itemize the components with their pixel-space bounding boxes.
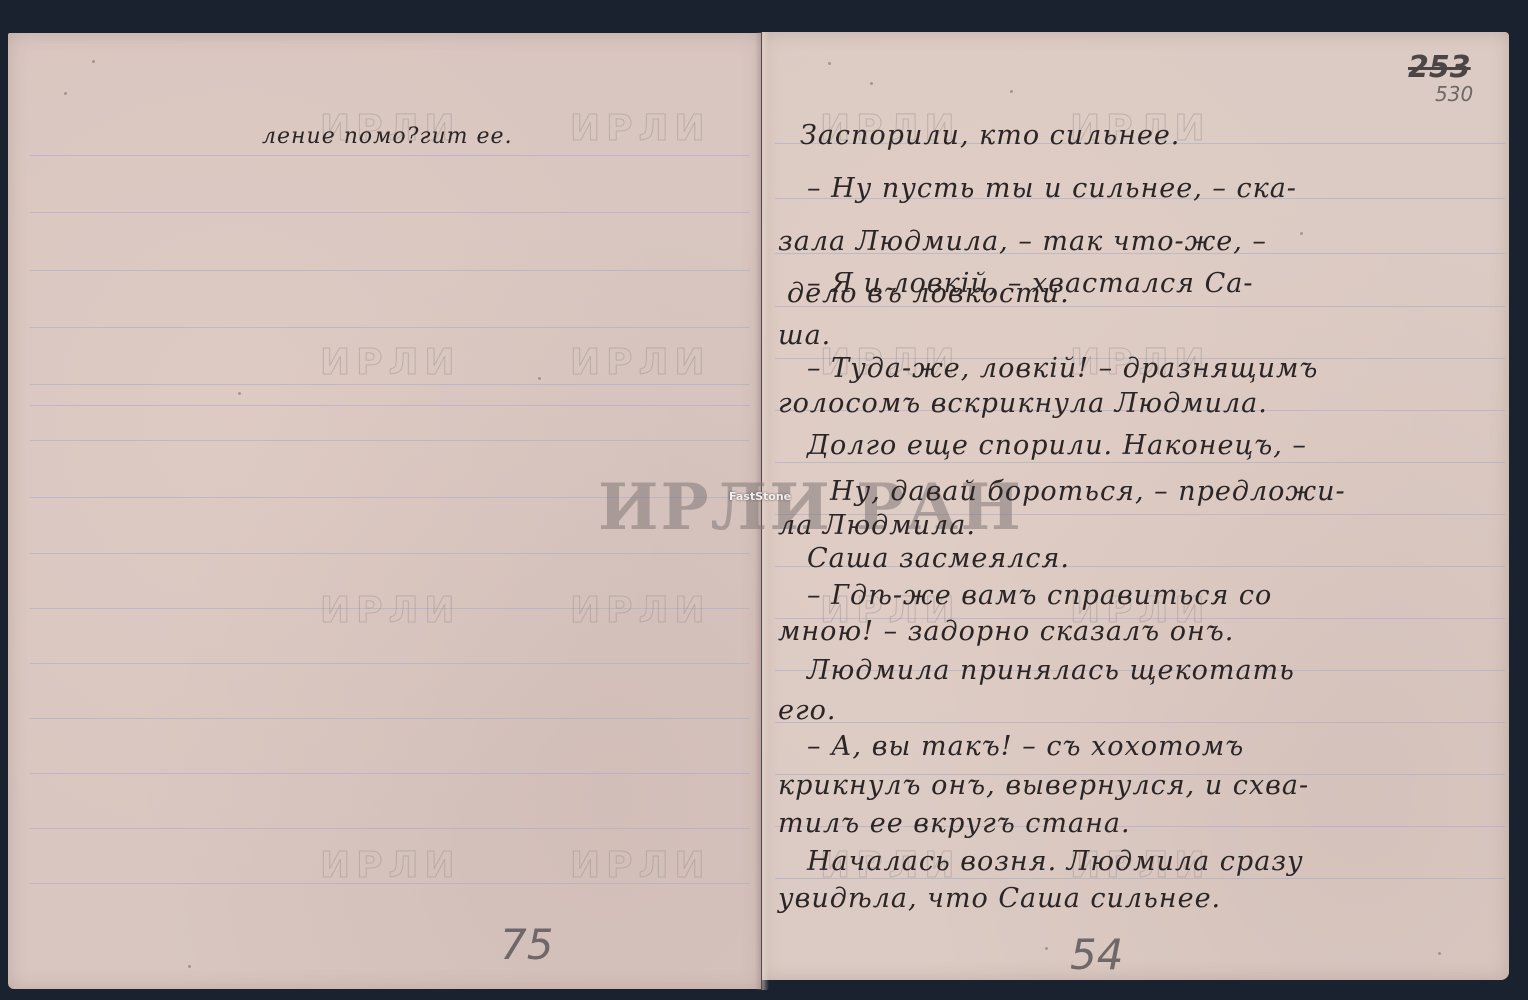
manuscript-line: Началась возня. Людмила сразу xyxy=(807,848,1304,875)
manuscript-line: зала Людмила, – так что-же, – xyxy=(778,228,1267,255)
right-page-number: 54 xyxy=(1070,930,1123,979)
manuscript-line: Ну, давай бороться, – предложи- xyxy=(830,478,1346,505)
manuscript-line: ша. xyxy=(778,322,831,349)
archive-folio-subnumber: 530 xyxy=(1435,82,1473,106)
manuscript-line: – Гдѣ-же вамъ справиться со xyxy=(807,582,1272,609)
faststone-watermark: FastStone xyxy=(729,490,791,503)
watermark-label: ИРЛИ xyxy=(320,342,461,383)
manuscript-line: крикнулъ онъ, вывернулся, и схва- xyxy=(778,772,1309,799)
watermark-label: ИРЛИ xyxy=(570,342,711,383)
manuscript-line: Долго еще спорили. Наконецъ, – xyxy=(807,432,1307,459)
watermark-label: ИРЛИ xyxy=(570,108,711,149)
manuscript-line: его. xyxy=(778,697,836,724)
manuscript-line: увидѣла, что Саша сильнее. xyxy=(778,885,1221,912)
manuscript-line: голосомъ вскрикнула Людмила. xyxy=(778,390,1268,417)
left-page-number: 75 xyxy=(500,920,553,969)
watermark-label: ИРЛИ xyxy=(570,845,711,886)
manuscript-line: ла Людмила. xyxy=(778,512,976,539)
manuscript-line: мною! – задорно сказалъ онъ. xyxy=(778,618,1234,645)
manuscript-line: Заспорили, кто сильнее. xyxy=(800,122,1180,149)
manuscript-line: Саша засмеялся. xyxy=(807,545,1070,572)
watermark-label: ИРЛИ xyxy=(570,590,711,631)
manuscript-line: – Я и ловкiй, – хвастался Са- xyxy=(807,270,1254,297)
manuscript-line: тилъ ее вкругъ стана. xyxy=(778,810,1131,837)
watermark-label: ИРЛИ xyxy=(320,845,461,886)
watermark-label: ИРЛИ xyxy=(320,590,461,631)
manuscript-line: – Туда-же, ловкiй! – дразнящимъ xyxy=(807,355,1318,382)
left-page-line: ление помо?гит ее. xyxy=(262,126,513,148)
archive-folio-number: 253 xyxy=(1408,50,1471,85)
manuscript-line: – А, вы такъ! – съ хохотомъ xyxy=(807,733,1244,760)
manuscript-line: Людмила принялась щекотать xyxy=(807,657,1295,684)
manuscript-line: – Ну пусть ты и сильнее, – ска- xyxy=(807,175,1297,202)
